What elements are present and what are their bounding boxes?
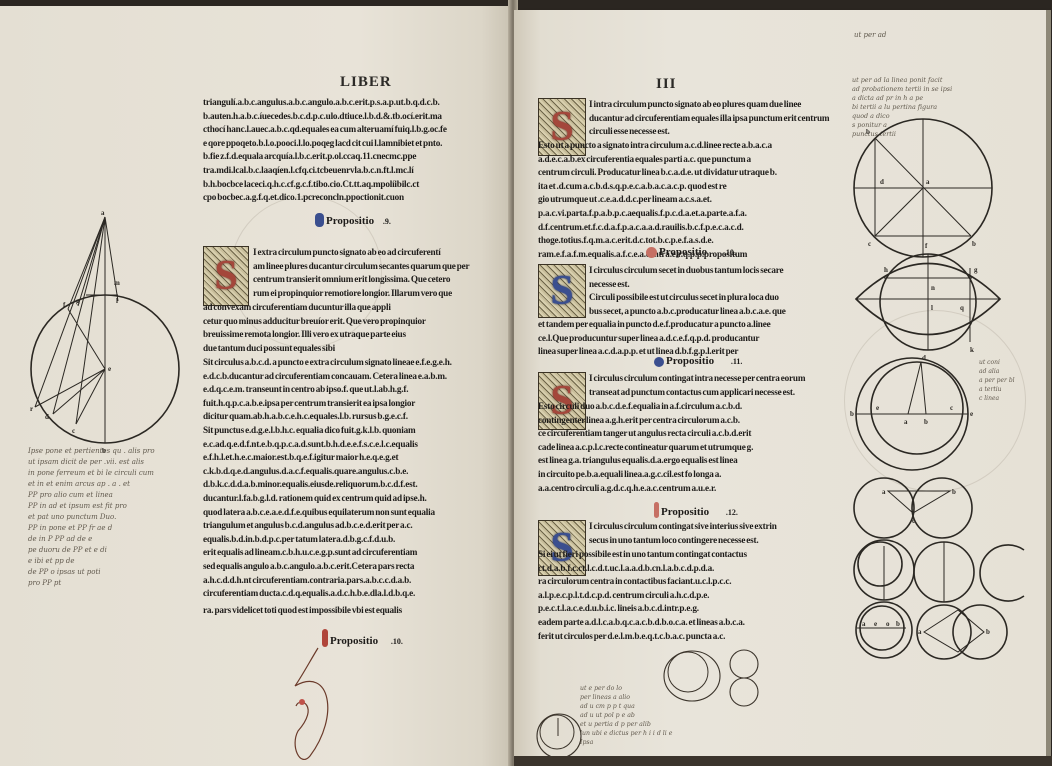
text-line: b.fie z.f.d.equala arcquía.l.b.c.erit.p.… <box>203 150 503 164</box>
text-line: bus secet, a puncto a.b.c.producatur lin… <box>589 305 849 319</box>
heading-number: .12. <box>726 508 738 517</box>
handwritten-margin-notes-left: Ipse pone et pertientes qu . alis prout … <box>28 446 193 589</box>
text-line: triangulí.a.b.c.angulus.a.b.c.angulo.a.b… <box>203 96 503 110</box>
text-line: Si ei ut fieri possibile est in uno tant… <box>538 548 849 562</box>
text-line: Circuli possibile est ut circulus secet … <box>589 291 849 305</box>
svg-text:e: e <box>108 365 111 373</box>
text-line: cade linea a.c.p.l.c.recte contineatur q… <box>538 441 849 455</box>
text-line: a.l.p.e.c.p.l.t.d.c.p.d. centrum circuli… <box>538 589 849 603</box>
prop9-body-text: Sit circulus a.b.c.d. a puncto e extra c… <box>203 356 503 601</box>
prop9-intro-text: I extra circulum puncto signato ab eo ad… <box>253 246 503 300</box>
handwritten-line: PP pro alio cum et linea <box>28 490 193 501</box>
proposition-heading-11: Propositio .11. <box>654 355 742 367</box>
text-line: circuli esse necesse est. <box>589 125 849 139</box>
handwritten-line: in pone ferreum et bi le circuli cum <box>28 468 193 479</box>
heading-label: Propositio <box>326 215 374 227</box>
right-prop-text-4-body: Si ei ut fieri possibile est in uno tant… <box>538 548 849 643</box>
text-line: I intra circulum puncto signato ab eo pl… <box>589 98 849 112</box>
svg-text:e: e <box>874 620 877 628</box>
heading-number: .11. <box>731 357 743 366</box>
handwritten-line: ad u ut pol p e ab <box>580 711 780 720</box>
text-line: e.c.ad.q.e.d.f.nt.e.b.q.p.c.a.d.sunt.b.h… <box>203 438 503 452</box>
right-prop-text-1: I intra circulum puncto signato ab eo pl… <box>589 98 849 139</box>
running-head-right: III <box>656 76 677 93</box>
text-line: cetur quo minus adducitur breuíor erit. … <box>203 315 503 329</box>
handwritten-line: bi tertii a lu pertina figura <box>852 103 1042 112</box>
svg-text:a: a <box>918 628 922 636</box>
handwritten-note-top: ut per ad <box>854 30 886 41</box>
text-line: due tantum duci possunt equales sibi <box>203 342 503 356</box>
svg-text:a: a <box>926 178 930 186</box>
heading-label: Propositio <box>666 355 714 367</box>
heading-label: Propositio <box>659 246 707 258</box>
figure-nested-circles: bed abce <box>850 354 973 470</box>
handwritten-line: et in et enim arcus ap . a . et <box>28 479 193 490</box>
handwritten-line: Ipsa <box>580 738 780 747</box>
text-line: ita et .d.cum a.c.b.d.s.q.p.e.c.a.b.a.c.… <box>538 180 849 194</box>
bottom-line: ra. pars videlicet toti quod est impossi… <box>203 604 503 618</box>
text-line: a.h.c.d.d.h.nt circuferentiam.contraria.… <box>203 574 503 588</box>
text-line: est linea g.a. triangulus equalis.d.a.er… <box>538 454 849 468</box>
text-line: ce circuferentiam tanger ut angulus rect… <box>538 427 849 441</box>
text-line: d.f.centrum.et.f.c.d.a.f.p.a.c.a.a.d.rau… <box>538 221 849 235</box>
figure-vesica: hnl gqk <box>856 254 1000 354</box>
proposition-heading-12: Propositio .12. <box>654 502 738 518</box>
prop9-intro-continued: ad convexam circuferentiam ducuntur illa… <box>203 301 503 355</box>
text-line: a.a.centro circuli a.g.d.c.q.h.e.a.c.cen… <box>538 482 849 496</box>
text-line: fuit.h.q.p.c.a.b.e.ipsa per centrum tran… <box>203 397 503 411</box>
text-line: triangulum et angulus b.c.d.angulus ad.b… <box>203 519 503 533</box>
handwritten-line: de PP o ipsas ut poti <box>28 567 193 578</box>
text-line: am linee plures ducantur circulum secant… <box>253 260 503 274</box>
text-line: ducantur.l.fa.b.g.l.d. rationem quid ex … <box>203 492 503 506</box>
decorated-initial-s: S <box>203 246 249 306</box>
text-line: transeat ad punctum contactus cum applic… <box>589 386 849 400</box>
text-line: b.auten.h.a.b.c.íuecedes.b.c.d.p.c.ulo.d… <box>203 110 503 124</box>
svg-text:e: e <box>970 410 973 418</box>
text-line: dicitur quam.ab.h.a.b.c.e.h.c.equales.l.… <box>203 410 503 424</box>
text-line: ct.d.a.b.f.c.ct.l.c.d.t.uc.l.a.a.d.b.cn.… <box>538 562 849 576</box>
handwritten-line: ad u cm p p t qua <box>580 702 780 711</box>
svg-text:m: m <box>114 279 120 287</box>
text-line: necesse est. <box>589 278 849 292</box>
text-line: ra circulorum centra in contactibus faci… <box>538 575 849 589</box>
text-line: cpo bocbec.a.g.f.q.et.dico.1.pcreconcln.… <box>203 191 503 205</box>
rubric-cap-icon <box>315 213 324 227</box>
right-margin-diagrams: bda cfb hnl gqk bed <box>854 118 1044 638</box>
handwritten-line: pe duoru de PP et e di <box>28 545 193 556</box>
text-line: gio utrumque ut .c.e.a.d.d.c.per lineam … <box>538 193 849 207</box>
left-top-text: triangulí.a.b.c.angulus.a.b.c.angulo.a.b… <box>203 96 503 205</box>
fig-label: a <box>101 209 105 217</box>
decorated-initial-s-2: S <box>538 264 586 318</box>
handwritten-line: e ibi et pp de <box>28 556 193 567</box>
text-line: I circulus circulum secet in duobus tant… <box>589 264 849 278</box>
text-line: Esto ut a puncto a signato intra circulu… <box>538 139 849 153</box>
book-bottom-edge <box>514 756 1052 766</box>
text-line: c.k.b.d.q.e.d.angulus.d.a.c.f.equalis.qu… <box>203 465 503 479</box>
handwritten-line: ut e per do lo <box>580 684 780 693</box>
handwritten-line: PP in ad et ipsum est fit pro <box>28 501 193 512</box>
text-line: tra.mdi.lcal.b.c.laaqíen.l.cfq.ci.tcbeue… <box>203 164 503 178</box>
rubric-cap-icon <box>654 502 659 518</box>
heading-number: .9. <box>383 217 391 226</box>
text-line: e.d.c.b.ducantur ad circuferentiam conca… <box>203 370 503 384</box>
left-page: LIBER triangulí.a.b.c.angulus.a.b.c.angu… <box>0 6 512 766</box>
open-book: LIBER triangulí.a.b.c.angulus.a.b.c.angu… <box>0 0 1052 766</box>
rubric-cap-icon <box>654 357 664 367</box>
text-line: d.b.k.c.d.d.a.b.minor.equalis.eiusde.rel… <box>203 478 503 492</box>
svg-text:c: c <box>868 240 871 248</box>
right-prop-text-3-body: Esto circuli duo a.b.c.d.e.f.equalia in … <box>538 400 849 495</box>
svg-text:e: e <box>876 404 879 412</box>
text-line: e.d.q.c.e.m. transeunt in centro ab ipso… <box>203 383 503 397</box>
handwritten-line: et pat uno punctum Duo. <box>28 512 193 523</box>
text-line: ducantur ad circuferentiam equales illa … <box>589 112 849 126</box>
text-line: rum ei propinquior remotiore longior. Il… <box>253 287 503 301</box>
handwritten-line: a dicta ad pr in h a pe <box>852 94 1042 103</box>
svg-text:k: k <box>970 346 974 354</box>
handwritten-line: et u pertia d p per alib <box>580 720 780 729</box>
text-line: cthocí hanc.l.auec.a.b.c.qd.equales ea c… <box>203 123 503 137</box>
handwritten-line: per lineas a alio <box>580 693 780 702</box>
text-line: I circulus circulum contingat intra nece… <box>589 372 849 386</box>
svg-text:d: d <box>922 354 926 362</box>
handwritten-line: lun ubi e dictus per h i i d li e <box>580 729 780 738</box>
text-line: Sit punctus e.d.g.e.l.b.h.c. equalia dic… <box>203 424 503 438</box>
rubric-cap-icon <box>646 247 657 258</box>
svg-text:a: a <box>904 418 908 426</box>
heading-number: .10. <box>391 637 403 646</box>
svg-text:g: g <box>76 297 80 305</box>
svg-text:o: o <box>886 620 890 628</box>
right-prop-text-2: I circulus circulum secet in duobus tant… <box>589 264 849 318</box>
text-line: erit equalis ad lineam.c.b.h.u.c.e.g.p.s… <box>203 546 503 560</box>
handwritten-line: ut per ad la linea ponit facit <box>852 76 1042 85</box>
text-line: a.d.e.c.a.b.ex circuferentia equales par… <box>538 153 849 167</box>
svg-text:c: c <box>950 404 953 412</box>
right-prop-text-2-body: et tandem per equalia in puncto d.e.f.pr… <box>538 318 849 359</box>
running-head-left: LIBER <box>340 74 392 91</box>
figure-three-circles <box>854 540 1024 602</box>
text-line: centrum transierit omnium erit longissim… <box>253 273 503 287</box>
svg-text:l: l <box>931 304 933 312</box>
svg-text:h: h <box>884 266 888 274</box>
handwritten-line: de in P PP ad de e <box>28 534 193 545</box>
svg-text:c: c <box>72 427 75 435</box>
right-prop-text-4: I circulus circulum contingat sive inter… <box>589 520 849 547</box>
text-line: eadem parte a.d.l.c.a.b.q.c.a.c.b.d.b.o.… <box>538 616 849 630</box>
text-line: equalis.b.d.in.b.d.p.c.per tatum latera.… <box>203 533 503 547</box>
right-bottom-diagrams: aeob ab <box>854 610 1044 670</box>
text-line: quod latera a.b.c.e.a.e.d.f.e.quibus equ… <box>203 506 503 520</box>
handwritten-line: PP in pone et PP fr ae d <box>28 523 193 534</box>
heading-label: Propositio <box>661 506 709 518</box>
right-page: ut per ad III S I intra circulum puncto … <box>514 10 1051 762</box>
figure-circle-with-diameters: bda cfb <box>854 119 992 257</box>
text-line: p.a.c.vi.parta.f.p.a.b.p.c.aequalis.f.p.… <box>538 207 849 221</box>
svg-text:b: b <box>924 418 928 426</box>
svg-text:c: c <box>912 517 915 525</box>
heading-number: .10. <box>724 248 736 257</box>
text-line: in circuito pe.b.a.equali linea.a.g.c.ci… <box>538 468 849 482</box>
handwritten-notes-bottom: ut e per do loper lineas a alioad u cm p… <box>580 684 780 747</box>
text-line: sed equalis angulo a.b.c.angulo.a.b.c.er… <box>203 560 503 574</box>
handwritten-line: Ipse pone et pertientes qu . alis pro <box>28 446 193 457</box>
initial-letter: S <box>214 252 237 300</box>
svg-text:r: r <box>30 405 33 413</box>
svg-text:d: d <box>880 178 884 186</box>
svg-text:d: d <box>45 413 49 421</box>
text-line: circuferentiam ducta.c.d.q.equalis.a.d.c… <box>203 587 503 601</box>
text-line: e qore ppoqeto.b.l.o.pooci.l.lo.poqeg la… <box>203 137 503 151</box>
text-line: ferit ut circulos per d.e.l.m.b.e.q.t.c.… <box>538 630 849 644</box>
handwritten-line: ut ipsam dicit de per .vii. est alis <box>28 457 193 468</box>
text-line: ce.l.Que producuntur super linea a.d.c.e… <box>538 332 849 346</box>
svg-text:b: b <box>986 628 990 636</box>
text-line: secus in uno tantum loco contingere nece… <box>589 534 849 548</box>
text-line: breuissime remota longior. Illi vero ex … <box>203 328 503 342</box>
text-line: Esto circuli duo a.b.c.d.e.f.equalia in … <box>538 400 849 414</box>
right-prop-text-1-body: Esto ut a puncto a signato intra circulu… <box>538 139 849 261</box>
red-pen-flourish <box>290 636 350 766</box>
text-line: p.e.c.t.l.a.c.e.d.u.b.i.c. lineis a.b.c.… <box>538 602 849 616</box>
svg-text:f: f <box>925 242 928 250</box>
handwritten-line: pro PP pt <box>28 578 193 589</box>
text-line: ad convexam circuferentiam ducuntur illa… <box>203 301 503 315</box>
svg-text:g: g <box>974 266 978 274</box>
proposition-heading-9: Propositio .9. <box>315 213 391 227</box>
right-prop-text-3: I circulus circulum contingat intra nece… <box>589 372 849 399</box>
text-line: centrum circuli. Producatur linea b.c.a.… <box>538 166 849 180</box>
proposition-heading-10-right: Propositio .10. <box>646 246 736 258</box>
svg-text:f: f <box>63 301 66 309</box>
text-line: contingenter linea a.g.h.erit per centra… <box>538 414 849 428</box>
svg-text:b: b <box>952 488 956 496</box>
left-margin-diagram: a m f g l e r d c b <box>28 211 188 451</box>
text-line: I extra circulum puncto signato ab eo ad… <box>253 246 503 260</box>
text-line: e.f.h.l.et.h.e.c.maior.est.b.q.e.f.igitu… <box>203 451 503 465</box>
svg-text:a: a <box>882 488 886 496</box>
svg-text:b: b <box>866 128 870 136</box>
note-line: ut per ad <box>854 30 886 41</box>
text-line: et tandem per equalia in puncto d.e.f.pr… <box>538 318 849 332</box>
svg-text:q: q <box>960 304 964 312</box>
svg-text:b: b <box>896 620 900 628</box>
text-line: b.h.bocbce laceci.q.h.c.cf.g.c.f.tibo.ci… <box>203 178 503 192</box>
figure-two-tangent-circles: abc <box>854 478 972 538</box>
svg-text:b: b <box>850 410 854 418</box>
svg-text:l: l <box>116 297 118 305</box>
left-bottom-line: ra. pars videlicet toti quod est impossi… <box>203 604 503 618</box>
svg-text:n: n <box>931 284 935 292</box>
text-line: Sit circulus a.b.c.d. a puncto e extra c… <box>203 356 503 370</box>
handwritten-line: ad probationem tertii in se ipsi <box>852 85 1042 94</box>
svg-text:a: a <box>862 620 866 628</box>
svg-text:b: b <box>972 240 976 248</box>
initial-letter: S <box>550 267 573 315</box>
text-line: I circulus circulum contingat sive inter… <box>589 520 849 534</box>
